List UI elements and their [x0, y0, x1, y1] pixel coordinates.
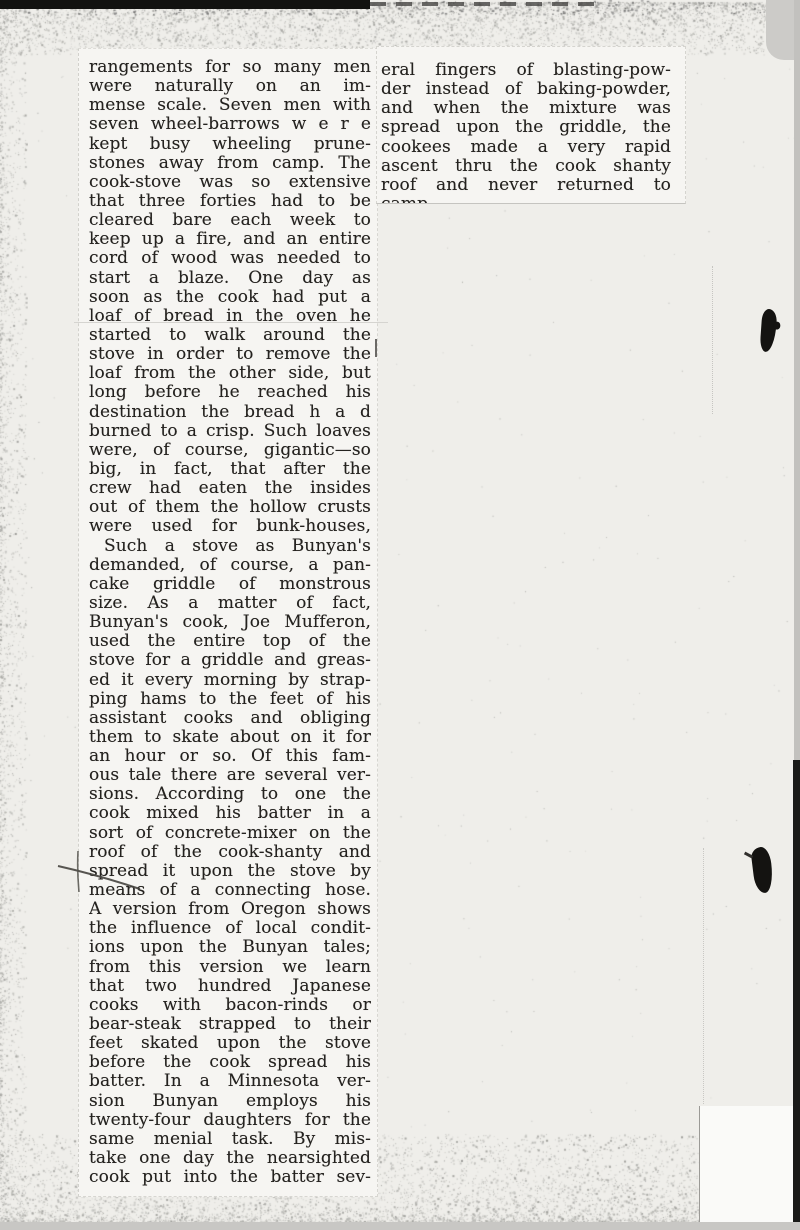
text-line: demanded, of course, a pan- [89, 556, 371, 575]
text-line: A version from Oregon shows [89, 900, 371, 919]
text-line: soon as the cook had put a [89, 288, 371, 307]
text-line: from this version we learn [89, 958, 371, 977]
text-line: them to skate about on it for [89, 728, 371, 747]
text-line: same menial task. By mis- [89, 1130, 371, 1149]
text-line: twenty-four daughters for the [89, 1111, 371, 1130]
text-line: cook mixed his batter in a [89, 804, 371, 823]
text-line: sion Bunyan employs his [89, 1092, 371, 1111]
text-line: before the cook spread his [89, 1053, 371, 1072]
page-edge-right-gray [794, 0, 800, 760]
text-line: ascent thru the cook shanty [381, 157, 671, 176]
text-line: keep up a fire, and an entire [89, 230, 371, 249]
text-line: loaf of bread in the oven he [89, 307, 371, 326]
text-line: used the entire top of the [89, 632, 371, 651]
text-line: eral fingers of blasting-pow- [381, 61, 671, 80]
text-line: der instead of baking-powder, [381, 80, 671, 99]
text-line: spread upon the griddle, the [381, 118, 671, 137]
page-edge-bottom [0, 1222, 800, 1230]
ink-blot-lower [750, 846, 774, 894]
text-line: Such a stove as Bunyan's [89, 537, 371, 556]
text-line: cook-stove was so extensive [89, 173, 371, 192]
margin-fold-line-lower [703, 848, 704, 1104]
text-line: roof and never returned to [381, 176, 671, 195]
text-line: burned to a crisp. Such loaves [89, 422, 371, 441]
text-line: the influence of local condit- [89, 919, 371, 938]
text-line: destination the bread h a d [89, 403, 371, 422]
text-line: take one day the nearsighted [89, 1149, 371, 1168]
text-line: were, of course, gigantic—so [89, 441, 371, 460]
ink-blot-upper [760, 309, 778, 353]
text-line: cook put into the batter sev- [89, 1168, 371, 1187]
text-line: big, in fact, that after the [89, 460, 371, 479]
text-line: crew had eaten the insides [89, 479, 371, 498]
text-line: ions upon the Bunyan tales; [89, 938, 371, 957]
text-line: start a blaze. One day as [89, 269, 371, 288]
text-line: cooks with bacon-rinds or [89, 996, 371, 1015]
text-line: were used for bunk-houses, [89, 517, 371, 536]
text-line: ous tale there are several ver- [89, 766, 371, 785]
text-line: stones away from camp. The [89, 154, 371, 173]
torn-edge-top-dashes [370, 2, 600, 6]
text-line: and when the mixture was [381, 99, 671, 118]
text-line: ping hams to the feet of his [89, 690, 371, 709]
text-line: stove for a griddle and greas- [89, 651, 371, 670]
page-edge-right-black [793, 760, 800, 1230]
page-corner-bottom-right [699, 1106, 794, 1224]
text-line: ed it every morning by strap- [89, 671, 371, 690]
text-line: long before he reached his [89, 383, 371, 402]
text-line: cord of wood was needed to [89, 249, 371, 268]
text-line: seven wheel-barrows w e r e [89, 115, 371, 134]
text-line: batter. In a Minnesota ver- [89, 1072, 371, 1091]
text-line: an hour or so. Of this fam- [89, 747, 371, 766]
text-line: cake griddle of monstrous [89, 575, 371, 594]
text-line-clipped: camp [381, 195, 671, 204]
text-line: that two hundred Japanese [89, 977, 371, 996]
text-line: Bunyan's cook, Joe Mufferon, [89, 613, 371, 632]
text-line: bear-steak strapped to their [89, 1015, 371, 1034]
text-line: mense scale. Seven men with [89, 96, 371, 115]
article-column-left: rangements for so many menwere naturally… [78, 48, 378, 1197]
text-line: sort of concrete-mixer on the [89, 824, 371, 843]
text-line: stove in order to remove the [89, 345, 371, 364]
text-line: rangements for so many men [89, 58, 371, 77]
text-line: cleared bare each week to [89, 211, 371, 230]
pen-mark [48, 843, 188, 899]
text-line: assistant cooks and obliging [89, 709, 371, 728]
text-line: were naturally on an im- [89, 77, 371, 96]
text-line: started to walk around the [89, 326, 371, 345]
margin-fold-line-upper [712, 266, 713, 414]
text-line: feet skated upon the stove [89, 1034, 371, 1053]
article-column-right: eral fingers of blasting-pow-der instead… [376, 46, 686, 204]
text-line: cookees made a very rapid [381, 138, 671, 157]
scanned-page: rangements for so many menwere naturally… [0, 0, 800, 1230]
torn-edge-top [0, 0, 370, 9]
text-line: kept busy wheeling prune- [89, 135, 371, 154]
text-line: loaf from the other side, but [89, 364, 371, 383]
text-line: that three forties had to be [89, 192, 371, 211]
text-line: out of them the hollow crusts [89, 498, 371, 517]
crease-line [74, 322, 388, 323]
text-line: size. As a matter of fact, [89, 594, 371, 613]
scan-grain-left [0, 0, 28, 1230]
margin-tick-mark [375, 339, 377, 357]
text-line: sions. According to one the [89, 785, 371, 804]
